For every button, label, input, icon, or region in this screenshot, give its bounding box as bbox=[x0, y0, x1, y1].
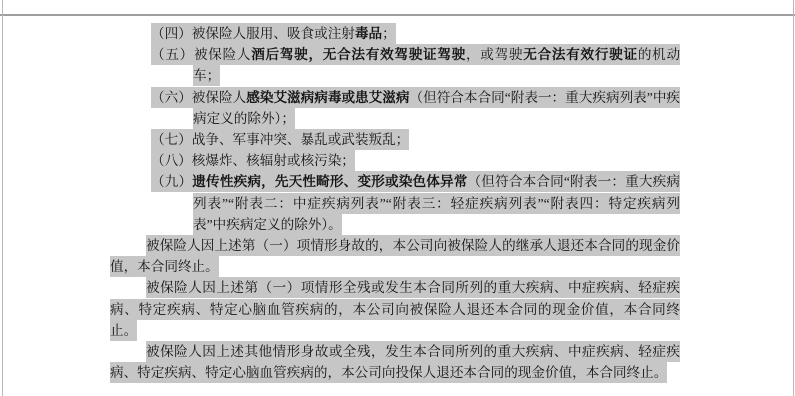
highlighted-text: （五）被保险人酒后驾驶，无合法有效驾驶证驾驶，或驾驶无合法有效行驶证的机动车； bbox=[151, 44, 680, 86]
highlighted-text: 被保险人因上述第（一）项情形全残或发生本合同所列的重大疾病、中症疾病、轻症疾病、… bbox=[110, 277, 680, 340]
clause-item-4: （四）被保险人服用、吸食或注射毒品； bbox=[110, 23, 680, 44]
paragraph-disability-refund: 被保险人因上述第（一）项情形全残或发生本合同所列的重大疾病、中症疾病、轻症疾病、… bbox=[110, 277, 680, 341]
page-top-rule bbox=[0, 14, 795, 16]
clause-item-7: （七）战争、军事冲突、暴乱或武装叛乱； bbox=[110, 129, 680, 150]
clause-item-6: （六）被保险人感染艾滋病病毒或患艾滋病（但符合本合同“附表一：重大疾病列表”中疾… bbox=[110, 87, 680, 129]
text-run: （五）被保险人 bbox=[151, 47, 251, 62]
clause-item-5: （五）被保险人酒后驾驶，无合法有效驾驶证驾驶，或驾驶无合法有效行驶证的机动车； bbox=[110, 44, 680, 86]
highlighted-text: （九）遗传性疾病，先天性畸形、变形或染色体异常（但符合本合同“附表一：重大疾病列… bbox=[151, 171, 680, 234]
bold-text-run: 无合法有效行驶证 bbox=[523, 47, 638, 62]
highlighted-text: 被保险人因上述其他情形身故或全残，发生本合同所列的重大疾病、中症疾病、轻症疾病、… bbox=[110, 341, 680, 383]
clause-item-9: （九）遗传性疾病，先天性畸形、变形或染色体异常（但符合本合同“附表一：重大疾病列… bbox=[110, 171, 680, 235]
bold-text-run: 遗传性疾病，先天性畸形、变形或染色体异常 bbox=[192, 174, 467, 189]
page-border-left bbox=[2, 0, 3, 396]
highlighted-text: 被保险人因上述第（一）项情形身故的，本公司向被保险人的继承人退还本合同的现金价值… bbox=[110, 235, 680, 277]
text-run: （七）战争、军事冲突、暴乱或武装叛乱； bbox=[151, 132, 409, 147]
page-border-right bbox=[793, 0, 794, 396]
paragraph-death-refund: 被保险人因上述第（一）项情形身故的，本公司向被保险人的继承人退还本合同的现金价值… bbox=[110, 235, 680, 277]
bold-text-run: 毒品 bbox=[355, 26, 382, 41]
document-body: （四）被保险人服用、吸食或注射毒品；（五）被保险人酒后驾驶，无合法有效驾驶证驾驶… bbox=[110, 23, 680, 383]
text-run: （四）被保险人服用、吸食或注射 bbox=[151, 26, 355, 41]
text-run: 被保险人因上述第（一）项情形全残或发生本合同所列的重大疾病、中症疾病、轻症疾病、… bbox=[110, 280, 680, 337]
text-run: （六）被保险人 bbox=[151, 90, 246, 105]
highlighted-text: （八）核爆炸、核辐射或核污染； bbox=[151, 150, 355, 171]
highlighted-text: （四）被保险人服用、吸食或注射毒品； bbox=[151, 23, 396, 44]
text-run: ，或驾驶 bbox=[466, 47, 523, 62]
text-run: 被保险人因上述其他情形身故或全残，发生本合同所列的重大疾病、中症疾病、轻症疾病、… bbox=[110, 344, 680, 380]
text-run: 被保险人因上述第（一）项情形身故的，本公司向被保险人的继承人退还本合同的现金价值… bbox=[110, 238, 680, 274]
bold-text-run: 感染艾滋病病毒或患艾滋病 bbox=[246, 90, 409, 105]
highlighted-text: （七）战争、军事冲突、暴乱或武装叛乱； bbox=[151, 129, 409, 150]
clause-item-8: （八）核爆炸、核辐射或核污染； bbox=[110, 150, 680, 171]
text-run: （九） bbox=[151, 174, 192, 189]
text-run: ； bbox=[382, 26, 396, 41]
bold-text-run: 酒后驾驶，无合法有效驾驶证驾驶 bbox=[251, 47, 466, 62]
text-run: （八）核爆炸、核辐射或核污染； bbox=[151, 153, 355, 168]
document-page: { "page": { "type": "insurance-contract-… bbox=[0, 0, 795, 396]
paragraph-other-circumstances-refund: 被保险人因上述其他情形身故或全残，发生本合同所列的重大疾病、中症疾病、轻症疾病、… bbox=[110, 341, 680, 383]
highlighted-text: （六）被保险人感染艾滋病病毒或患艾滋病（但符合本合同“附表一：重大疾病列表”中疾… bbox=[151, 87, 680, 129]
